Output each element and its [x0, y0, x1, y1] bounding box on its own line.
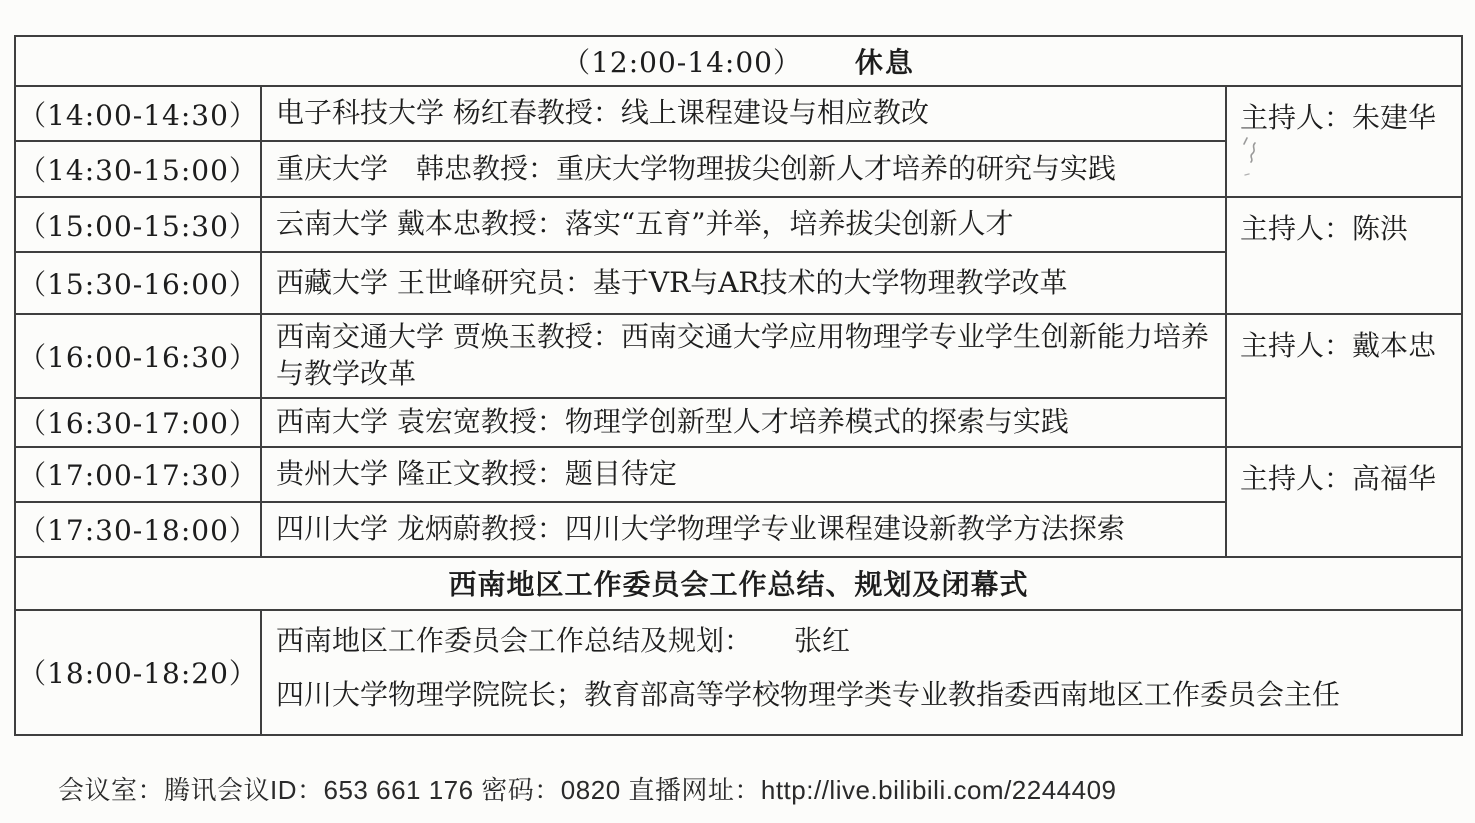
meeting-info: 会议室：腾讯会议ID：653 661 176 密码：0820 直播网址：http… — [58, 770, 1117, 807]
session-row: （14:00-14:30） 电子科技大学 杨红春教授：线上课程建设与相应教改 主… — [15, 86, 1462, 141]
closing-title-line: 四川大学物理学院院长；教育部高等学校物理学类专业教指委西南地区工作委员会主任 — [276, 677, 1449, 713]
closing-summary-line: 西南地区工作委员会工作总结及规划： 张红 — [276, 623, 1449, 659]
host-cell: 主持人：戴本忠 — [1226, 314, 1462, 447]
time-cell: （14:00-14:30） — [15, 86, 261, 141]
session-row: （15:00-15:30） 云南大学 戴本忠教授：落实“五育”并举，培养拔尖创新… — [15, 197, 1462, 252]
time-cell: （16:30-17:00） — [15, 398, 261, 447]
closing-session-row: （18:00-18:20） 西南地区工作委员会工作总结及规划： 张红 四川大学物… — [15, 610, 1462, 735]
time-cell: （18:00-18:20） — [15, 610, 261, 735]
scanned-schedule-page: { "break_row": { "time": "（12:00-14:00）"… — [0, 0, 1475, 823]
break-time: （12:00-14:00） — [562, 46, 802, 79]
host-cell: 主持人：高福华 — [1226, 447, 1462, 557]
time-cell: （14:30-15:00） — [15, 141, 261, 197]
handwritten-mark-icon — [1241, 135, 1269, 181]
session-row: （16:00-16:30） 西南交通大学 贾焕玉教授：西南交通大学应用物理学专业… — [15, 314, 1462, 398]
host-label: 主持人：高福华 — [1240, 462, 1436, 495]
host-label: 主持人：陈洪 — [1240, 212, 1408, 245]
session-cell: 四川大学 龙炳蔚教授：四川大学物理学专业课程建设新教学方法探索 — [261, 502, 1226, 557]
session-row: （17:00-17:30） 贵州大学 隆正文教授：题目待定 主持人：高福华 — [15, 447, 1462, 502]
session-cell: 西藏大学 王世峰研究员：基于VR与AR技术的大学物理教学改革 — [261, 252, 1226, 314]
break-row: （12:00-14:00） 休息 — [15, 36, 1462, 86]
host-label: 主持人：戴本忠 — [1240, 329, 1436, 362]
host-cell: 主持人：陈洪 — [1226, 197, 1462, 314]
host-label: 主持人：朱建华 — [1240, 101, 1436, 134]
closing-content-cell: 西南地区工作委员会工作总结及规划： 张红 四川大学物理学院院长；教育部高等学校物… — [261, 610, 1462, 735]
time-cell: （15:30-16:00） — [15, 252, 261, 314]
time-cell: （16:00-16:30） — [15, 314, 261, 398]
time-cell: （17:00-17:30） — [15, 447, 261, 502]
time-cell: （15:00-15:30） — [15, 197, 261, 252]
time-cell: （17:30-18:00） — [15, 502, 261, 557]
session-cell: 贵州大学 隆正文教授：题目待定 — [261, 447, 1226, 502]
break-cell: （12:00-14:00） 休息 — [15, 36, 1462, 86]
session-cell: 云南大学 戴本忠教授：落实“五育”并举，培养拔尖创新人才 — [261, 197, 1226, 252]
host-cell: 主持人：朱建华 — [1226, 86, 1462, 197]
break-label: 休息 — [855, 47, 915, 78]
closing-section-row: 西南地区工作委员会工作总结、规划及闭幕式 — [15, 557, 1462, 610]
closing-section-header: 西南地区工作委员会工作总结、规划及闭幕式 — [15, 557, 1462, 610]
schedule-table: （12:00-14:00） 休息 （14:00-14:30） 电子科技大学 杨红… — [14, 35, 1463, 736]
session-cell: 西南大学 袁宏宽教授：物理学创新型人才培养模式的探索与实践 — [261, 398, 1226, 447]
session-cell: 重庆大学 韩忠教授：重庆大学物理拔尖创新人才培养的研究与实践 — [261, 141, 1226, 197]
session-cell: 电子科技大学 杨红春教授：线上课程建设与相应教改 — [261, 86, 1226, 141]
session-cell: 西南交通大学 贾焕玉教授：西南交通大学应用物理学专业学生创新能力培养与教学改革 — [261, 314, 1226, 398]
